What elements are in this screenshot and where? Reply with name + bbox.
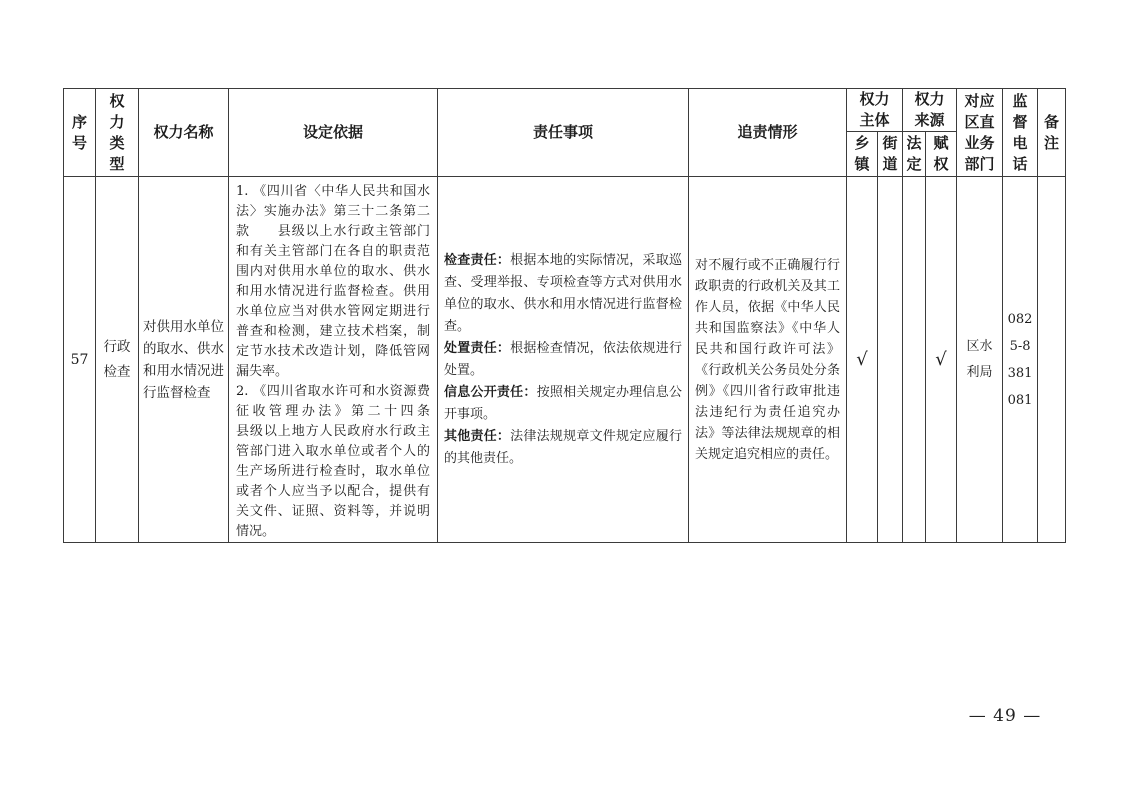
- cell-power-type: 行政 检查: [96, 177, 139, 543]
- table-header: 序 号 权 力 类 型 权力名称 设定依据 责任事项 追责情形 权力 主体 权力…: [64, 89, 1066, 177]
- cell-street-check: [878, 177, 903, 543]
- duty-label: 其他责任：: [444, 429, 510, 444]
- phone-line: 082: [1003, 306, 1037, 333]
- page-number: — 49 —: [945, 706, 1065, 726]
- document-page: 序 号 权 力 类 型 权力名称 设定依据 责任事项 追责情形 权力 主体 权力…: [0, 0, 1122, 793]
- duty-label: 处置责任：: [444, 341, 510, 356]
- phone-line: 5-8: [1003, 333, 1037, 360]
- phone-line: 381: [1003, 360, 1037, 387]
- cell-statutory-check: [903, 177, 926, 543]
- cell-accountability: 对不履行或不正确履行行政职责的行政机关及其工作人员，依据《中华人民共和国监察法》…: [689, 177, 847, 543]
- cell-empowered-check: √: [926, 177, 957, 543]
- cell-township-check: √: [847, 177, 878, 543]
- header-accountability: 追责情形: [689, 89, 847, 177]
- duty-item-disposal: 处置责任：根据检查情况，依法依规进行处置。: [444, 338, 682, 382]
- duty-label: 信息公开责任：: [444, 385, 537, 400]
- header-sub-street: 街 道: [878, 132, 903, 177]
- header-supervision-phone: 监 督 电 话: [1003, 89, 1038, 177]
- header-department: 对应 区直 业务 部门: [957, 89, 1003, 177]
- power-list-table: 序 号 权 力 类 型 权力名称 设定依据 责任事项 追责情形 权力 主体 权力…: [63, 88, 1066, 543]
- header-sub-empowered: 赋 权: [926, 132, 957, 177]
- table-row: 57 行政 检查 对供用水单位的取水、供水和用水情况进行监督检查 1. 《四川省…: [64, 177, 1066, 543]
- header-remark: 备 注: [1038, 89, 1066, 177]
- duty-item-inspection: 检查责任：根据本地的实际情况，采取巡查、受理举报、专项检查等方式对供用水单位的取…: [444, 250, 682, 338]
- header-duty: 责任事项: [438, 89, 689, 177]
- header-power-type: 权 力 类 型: [96, 89, 139, 177]
- header-row-top: 序 号 权 力 类 型 权力名称 设定依据 责任事项 追责情形 权力 主体 权力…: [64, 89, 1066, 132]
- duty-label: 检查责任：: [444, 253, 510, 268]
- cell-duty: 检查责任：根据本地的实际情况，采取巡查、受理举报、专项检查等方式对供用水单位的取…: [438, 177, 689, 543]
- cell-power-name: 对供用水单位的取水、供水和用水情况进行监督检查: [139, 177, 229, 543]
- header-power-name: 权力名称: [139, 89, 229, 177]
- cell-basis: 1. 《四川省〈中华人民共和国水法〉实施办法》第三十二条第二款 县级以上水行政主…: [229, 177, 438, 543]
- cell-supervision-phone: 082 5-8 381 081: [1003, 177, 1038, 543]
- cell-remark: [1038, 177, 1066, 543]
- phone-line: 081: [1003, 387, 1037, 414]
- header-basis: 设定依据: [229, 89, 438, 177]
- duty-item-other: 其他责任：法律法规规章文件规定应履行的其他责任。: [444, 426, 682, 470]
- duty-item-disclosure: 信息公开责任：按照相关规定办理信息公开事项。: [444, 382, 682, 426]
- cell-serial-number: 57: [64, 177, 96, 543]
- basis-item-1: 1. 《四川省〈中华人民共和国水法〉实施办法》第三十二条第二款 县级以上水行政主…: [236, 182, 430, 382]
- header-serial: 序 号: [64, 89, 96, 177]
- header-sub-township: 乡 镇: [847, 132, 878, 177]
- header-sub-statutory: 法 定: [903, 132, 926, 177]
- header-power-source: 权力 来源: [903, 89, 957, 132]
- basis-item-2: 2. 《四川省取水许可和水资源费征收管理办法》第二十四条 县级以上地方人民政府水…: [236, 382, 430, 542]
- cell-department: 区水利局: [957, 177, 1003, 543]
- header-power-subject: 权力 主体: [847, 89, 903, 132]
